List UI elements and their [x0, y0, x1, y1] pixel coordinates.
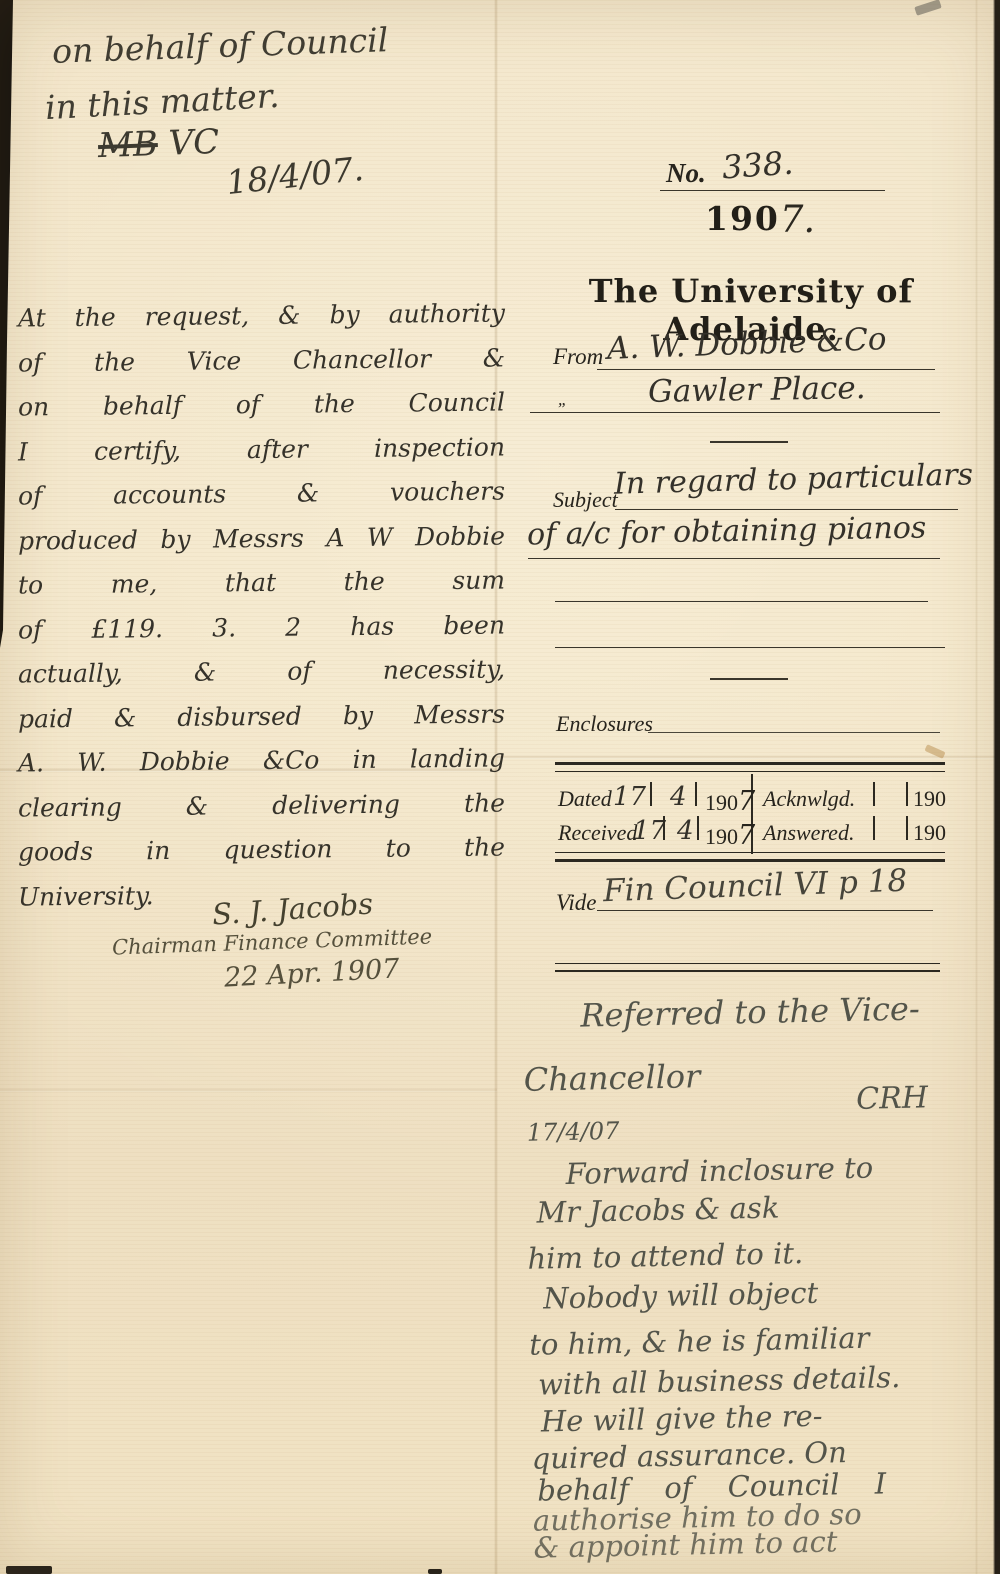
from-label: From: [553, 344, 603, 370]
minute-line: Referred to the Vice-: [580, 990, 920, 1035]
from-value-2: Gawler Place.: [648, 370, 866, 410]
register-table: Dated 17 4 1907 Acknwlgd. 190 Received 1…: [555, 762, 945, 862]
year-handwritten: 7.: [780, 198, 815, 241]
enclosures-underline: [648, 732, 940, 733]
dated-year-hand: 7: [738, 786, 755, 817]
body-line: clearing & delivering the: [18, 781, 505, 831]
scan-edge-right: [993, 0, 1000, 1574]
body-line: A. W. Dobbie &Co in landing: [18, 736, 505, 786]
struck-initials: MB: [97, 124, 158, 166]
table-bar: [906, 816, 908, 840]
received-year-hand: 7: [738, 820, 755, 851]
minute-initials: CRH: [856, 1080, 928, 1116]
minute-line: Nobody will object: [543, 1276, 819, 1316]
minute-line: Mr Jacobs & ask: [536, 1191, 780, 1230]
blank-rule: [555, 601, 928, 602]
section-double-rule: [555, 963, 940, 972]
body-line: to me, that the sum: [18, 558, 505, 608]
table-bar: [906, 782, 908, 806]
section-divider-line: [710, 678, 788, 680]
table-top-rule: [555, 762, 945, 772]
scan-speck: [428, 1569, 442, 1574]
answered-year: 190: [913, 820, 946, 846]
minute-line: Chancellor: [523, 1057, 700, 1099]
enclosures-label: Enclosures: [556, 711, 653, 737]
body-line: At the request, & by authority: [18, 291, 505, 341]
table-bar: [663, 816, 665, 840]
minute-line: Forward inclosure to: [565, 1151, 873, 1191]
dated-month: 4: [670, 782, 687, 812]
body-line: on behalf of the Council: [18, 380, 505, 430]
year-printed: 190: [705, 199, 780, 238]
from-underline: [597, 369, 935, 370]
certification-text: At the request, & by authority of the Vi…: [18, 294, 505, 917]
body-line: paid & disbursed by Messrs: [18, 692, 505, 742]
no-label: No.: [666, 158, 706, 189]
horizontal-crease: [0, 1088, 497, 1092]
body-line: I certify, after inspection: [18, 425, 505, 475]
table-bar: [697, 816, 699, 840]
document-scan: on behalf of Council in this matter. MB …: [0, 0, 1000, 1574]
dated-label: Dated: [558, 786, 612, 812]
dated-year-printed: 190: [705, 790, 738, 815]
subject-underline-2: [528, 558, 940, 559]
body-line: actually, & of necessity,: [18, 647, 505, 697]
body-line: produced by Messrs A W Dobbie: [18, 514, 505, 564]
received-day: 17: [633, 816, 666, 846]
acknwlgd-label: Acknwlgd.: [763, 786, 855, 812]
year-heading: 1907.: [705, 196, 815, 239]
minute-notes: Referred to the Vice- Chancellor CRH 17/…: [522, 983, 992, 1574]
minute-line: with all business details.: [538, 1360, 901, 1402]
scan-speck: [6, 1566, 52, 1574]
received-month: 4: [677, 816, 694, 846]
body-line: goods in question to the: [18, 825, 505, 875]
received-year: 1907: [705, 820, 755, 851]
horizontal-crease: [497, 755, 1000, 759]
vc-initials: VC: [168, 122, 220, 164]
blank-rule: [555, 647, 945, 648]
table-bar: [695, 782, 697, 806]
body-line: of the Vice Chancellor &: [18, 336, 505, 386]
ditto-mark: „: [558, 390, 567, 410]
received-year-printed: 190: [705, 824, 738, 849]
no-underline: [660, 190, 885, 191]
no-value: 338.: [721, 144, 795, 187]
from-underline-2: [530, 412, 940, 413]
minute-line: & appoint him to act: [533, 1524, 838, 1564]
table-bar: [873, 782, 875, 806]
minute-date: 17/4/07: [527, 1117, 620, 1147]
dated-year: 1907: [705, 786, 755, 817]
minute-line: to him, & he is familiar: [529, 1321, 870, 1362]
received-label: Received: [558, 820, 637, 846]
body-line: of £119. 3. 2 has been: [18, 603, 505, 653]
vide-underline: [597, 910, 933, 911]
minute-line: He will give the re-: [541, 1399, 823, 1439]
body-line: of accounts & vouchers: [18, 469, 505, 519]
minute-line: him to attend to it.: [527, 1236, 803, 1276]
table-bar: [873, 816, 875, 840]
vide-label: Vide: [556, 890, 596, 916]
table-bottom-rule: [555, 852, 945, 862]
dated-day: 17: [613, 782, 646, 812]
acknwlgd-year: 190: [913, 786, 946, 812]
subject-value-2: of a/c for obtaining pianos: [527, 511, 927, 553]
answered-label: Answered.: [763, 820, 854, 846]
annotation-initials: MB VC: [97, 122, 220, 166]
subject-label: Subject: [553, 487, 618, 513]
section-divider-line: [710, 441, 788, 443]
table-bar: [650, 782, 652, 806]
